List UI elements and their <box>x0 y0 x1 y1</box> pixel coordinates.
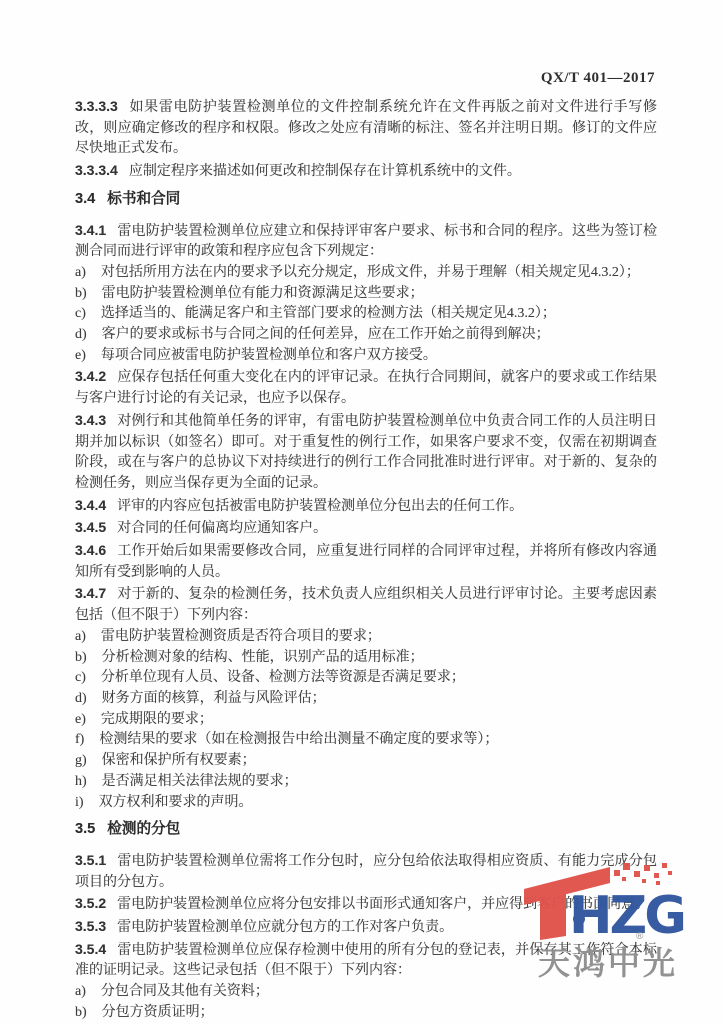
standard-number: QX/T 401—2017 <box>541 70 655 86</box>
section-title: 标书和合同 <box>107 191 180 207</box>
clause-text: 分析检测对象的结构、性能，识别产品的适用标准； <box>102 650 424 665</box>
clause-text: 检测结果的要求（如在检测报告中给出测量不确定度的要求等）； <box>99 732 498 747</box>
list-item: i)双方权利和要求的声明。 <box>75 793 657 814</box>
list-item: a)雷电防护装置检测资质是否符合项目的要求； <box>75 627 657 648</box>
company-name: 天鸿中光 <box>538 945 678 981</box>
clause-text: 对合同的任何偏离均应通知客户。 <box>117 521 327 536</box>
clause-text: 对包括所用方法在内的要求予以充分规定，形成文件，并易于理解（相关规定见4.3.2… <box>101 265 640 280</box>
clause-text: 雷电防护装置检测单位应建立和保持评审客户要求、标书和合同的程序。这些为签订检测合… <box>75 224 657 260</box>
list-item: d)财务方面的核算，利益与风险评估； <box>75 689 657 710</box>
thzg-logo: HZG 天鸿中光 ® <box>522 862 694 984</box>
clause-number: 3.5.2 <box>75 895 106 911</box>
clause-paragraph: 3.3.3.3如果雷电防护装置检测单位的文件控制系统允许在文件再版之前对文件进行… <box>75 96 657 160</box>
clause-paragraph: 3.3.3.4应制定程序来描述如何更改和控制保存在计算机系统中的文件。 <box>75 160 657 183</box>
item-marker: e) <box>75 348 86 363</box>
clause-paragraph: 3.4.2应保存包括任何重大变化在内的评审记录。在执行合同期间，就客户的要求或工… <box>75 366 657 409</box>
clause-text: 选择适当的、能满足客户和主管部门要求的检测方法（相关规定见4.3.2）； <box>101 306 556 321</box>
item-marker: f) <box>75 732 84 747</box>
list-item: c)分析单位现有人员、设备、检测方法等资源是否满足要求； <box>75 668 657 689</box>
clause-text: 客户的要求或标书与合同之间的任何差异，应在工作开始之前得到解决； <box>102 327 550 342</box>
list-item: h)是否满足相关法律法规的要求； <box>75 772 657 793</box>
clause-text: 如果雷电防护装置检测单位的文件控制系统允许在文件再版之前对文件进行手写修改，则应… <box>75 100 657 156</box>
item-marker: b) <box>75 1005 87 1020</box>
clause-text: 保密和保护所有权要素； <box>102 753 256 768</box>
list-item: b)雷电防护装置检测单位有能力和资源满足这些要求； <box>75 284 657 305</box>
clause-text: 每项合同应被雷电防护装置检测单位和客户双方接受。 <box>101 348 437 363</box>
document-page: QX/T 401—2017 3.3.3.3如果雷电防护装置检测单位的文件控制系统… <box>0 0 724 1024</box>
list-item: e)完成期限的要求； <box>75 710 657 731</box>
clause-number: 3.4 <box>75 191 95 207</box>
clause-number: 3.4.4 <box>75 497 106 513</box>
list-item: g)保密和保护所有权要素； <box>75 751 657 772</box>
clause-text: 对于新的、复杂的检测任务，技术负责人应组织相关人员进行评审讨论。主要考虑因素包括… <box>75 587 657 623</box>
clause-text: 分包方资质证明； <box>102 1005 214 1020</box>
clause-number: 3.4.6 <box>75 542 106 558</box>
clause-text: 雷电防护装置检测单位应就分包方的工作对客户负责。 <box>117 920 453 935</box>
list-item: c)选择适当的、能满足客户和主管部门要求的检测方法（相关规定见4.3.2）； <box>75 304 657 325</box>
clause-text: 是否满足相关法律法规的要求； <box>102 774 298 789</box>
list-item: e)每项合同应被雷电防护装置检测单位和客户双方接受。 <box>75 346 657 367</box>
clause-text: 对例行和其他简单任务的评审，有雷电防护装置检测单位中负责合同工作的人员注明日期并… <box>75 414 657 491</box>
list-item: a)分包合同及其他有关资料； <box>75 982 657 1003</box>
clause-paragraph: 3.4.5对合同的任何偏离均应通知客户。 <box>75 517 657 540</box>
clause-text: 评审的内容应包括被雷电防护装置检测单位分包出去的任何工作。 <box>117 499 523 514</box>
clause-paragraph: 3.4.7对于新的、复杂的检测任务，技术负责人应组织相关人员进行评审讨论。主要考… <box>75 583 657 626</box>
clause-paragraph: 3.4.3对例行和其他简单任务的评审，有雷电防护装置检测单位中负责合同工作的人员… <box>75 410 657 495</box>
clause-text: 财务方面的核算，利益与风险评估； <box>102 691 326 706</box>
registered-mark-icon: ® <box>636 931 643 942</box>
clause-number: 3.5.1 <box>75 852 106 868</box>
clause-number: 3.3.3.3 <box>75 98 118 114</box>
clause-number: 3.4.2 <box>75 368 106 384</box>
item-marker: c) <box>75 670 86 685</box>
clause-text: 雷电防护装置检测资质是否符合项目的要求； <box>101 629 381 644</box>
clause-number: 3.5 <box>75 821 95 837</box>
clause-text: 应保存包括任何重大变化在内的评审记录。在执行合同期间，就客户的要求或工作结果与客… <box>75 370 657 406</box>
clause-number: 3.5.3 <box>75 918 106 934</box>
clause-number: 3.4.1 <box>75 222 106 238</box>
page-header: QX/T 401—2017 <box>541 70 655 87</box>
section-heading: 3.5检测的分包 <box>75 819 657 840</box>
item-marker: a) <box>75 265 86 280</box>
item-marker: e) <box>75 712 86 727</box>
clause-text: 工作开始后如果需要修改合同，应重复进行同样的合同评审过程，并将所有修改内容通知所… <box>75 544 657 580</box>
clause-number: 3.4.7 <box>75 585 106 601</box>
clause-text: 应制定程序来描述如何更改和控制保存在计算机系统中的文件。 <box>129 164 521 179</box>
logo-letters: HZG <box>569 886 684 940</box>
item-marker: d) <box>75 327 87 342</box>
list-item: b)分包方资质证明； <box>75 1003 657 1024</box>
list-item: b)分析检测对象的结构、性能，识别产品的适用标准； <box>75 648 657 669</box>
clause-number: 3.4.5 <box>75 519 106 535</box>
clause-text: 分包合同及其他有关资料； <box>101 984 269 999</box>
item-marker: b) <box>75 650 87 665</box>
list-item: d)客户的要求或标书与合同之间的任何差异，应在工作开始之前得到解决； <box>75 325 657 346</box>
clause-text: 双方权利和要求的声明。 <box>99 795 253 810</box>
clause-paragraph: 3.4.4评审的内容应包括被雷电防护装置检测单位分包出去的任何工作。 <box>75 495 657 518</box>
clause-paragraph: 3.4.6工作开始后如果需要修改合同，应重复进行同样的合同评审过程，并将所有修改… <box>75 540 657 583</box>
section-title: 检测的分包 <box>107 821 180 837</box>
clause-text: 雷电防护装置检测单位有能力和资源满足这些要求； <box>102 286 424 301</box>
item-marker: h) <box>75 774 87 789</box>
clause-number: 3.5.4 <box>75 941 106 957</box>
list-item: a)对包括所用方法在内的要求予以充分规定，形成文件，并易于理解（相关规定见4.3… <box>75 263 657 284</box>
section-heading: 3.4标书和合同 <box>75 189 657 210</box>
clause-number: 3.4.3 <box>75 412 106 428</box>
item-marker: g) <box>75 753 87 768</box>
clause-paragraph: 3.4.1雷电防护装置检测单位应建立和保持评审客户要求、标书和合同的程序。这些为… <box>75 220 657 263</box>
clause-number: 3.3.3.4 <box>75 162 118 178</box>
item-marker: a) <box>75 629 86 644</box>
company-name-row: 天鸿中光 ® <box>522 938 694 984</box>
item-marker: a) <box>75 984 86 999</box>
clause-text: 完成期限的要求； <box>101 712 213 727</box>
item-marker: i) <box>75 795 84 810</box>
item-marker: c) <box>75 306 86 321</box>
item-marker: b) <box>75 286 87 301</box>
list-item: f)检测结果的要求（如在检测报告中给出测量不确定度的要求等）； <box>75 730 657 751</box>
item-marker: d) <box>75 691 87 706</box>
clause-text: 分析单位现有人员、设备、检测方法等资源是否满足要求； <box>101 670 465 685</box>
thzg-logo-icon: HZG <box>522 862 694 940</box>
